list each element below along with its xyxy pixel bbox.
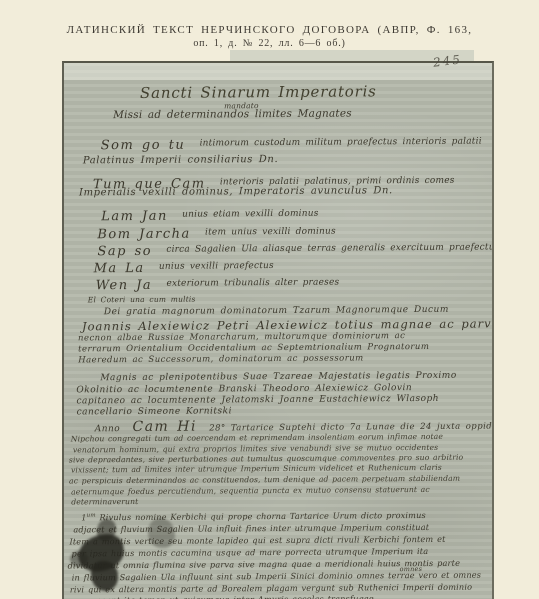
ink-blot bbox=[70, 551, 88, 567]
anno-prefix: Anno bbox=[95, 424, 121, 434]
article-number-ordinal: um bbox=[87, 513, 96, 519]
ink-blot bbox=[148, 518, 175, 548]
article1-line: adjacet et fluvium Sagalien Ula influit … bbox=[73, 522, 429, 534]
treaty-preamble-line: ac perspicuis determinandos ac constitue… bbox=[69, 474, 460, 486]
treaty-preamble-line: determinaverunt bbox=[71, 497, 138, 506]
caption-line-2: оп. 1, д. № 22, лл. 6—6 об.) bbox=[0, 38, 539, 49]
magnate-desc: unius etiam vexilli dominus bbox=[182, 209, 318, 220]
magnate-entry-cont: Imperialis vexilli dominus, Imperatoris … bbox=[79, 185, 393, 198]
tsars-line: Joannis Alexiewicz Petri Alexiewicz toti… bbox=[82, 316, 494, 333]
magnate-desc: exteriorum tribunalis alter praeses bbox=[166, 278, 339, 289]
tsars-line: Dei gratia magnorum dominatorum Tzarum M… bbox=[104, 305, 449, 317]
magnate-entry: Som go tu intimorum custodum militum pra… bbox=[101, 132, 482, 154]
et-coteri-line: El Coteri una cum multis bbox=[88, 295, 196, 305]
printed-caption: ЛАТИНСКИЙ ТЕКСТ НЕРЧИНСКОГО ДОГОВОРА (АВ… bbox=[0, 24, 539, 49]
article1-line: Item a montis vertice seu monte lapideo … bbox=[69, 534, 445, 547]
magnate-desc: unius vexilli praefectus bbox=[159, 261, 274, 272]
article1-line: remaneant ita tamen ut quicumque inter A… bbox=[74, 593, 374, 599]
article1-text: Rivulus nomine Kerbichi qui prope chorna… bbox=[99, 510, 425, 522]
article1-line: per ipsa huius montis cacumina usque ad … bbox=[72, 546, 429, 558]
treaty-preamble-line: vixissent; tum ad limites inter utrumque… bbox=[71, 463, 442, 475]
legates-line: capitaneo ac locumtenente Jelatomski Joa… bbox=[76, 394, 439, 407]
treaty-preamble-line: aeternumque foedus percutiendum, sequent… bbox=[71, 485, 430, 497]
treaty-preamble-line: Nipchou congregati tum ad coercendam et … bbox=[71, 432, 443, 444]
legates-line: Magnis ac plenipotentibus Suae Tzareae M… bbox=[100, 371, 456, 383]
magnate-entry-cont: Palatinus Imperii consiliarius Dn. bbox=[83, 154, 279, 166]
caption-line-1: ЛАТИНСКИЙ ТЕКСТ НЕРЧИНСКОГО ДОГОВОРА (АВ… bbox=[0, 24, 539, 36]
anno-era-name: Cam Hi bbox=[132, 419, 197, 435]
magnate-desc: intimorum custodum militum praefectus in… bbox=[200, 137, 482, 149]
magnate-entry: Wen Ja exteriorum tribunalis alter praes… bbox=[96, 273, 340, 294]
manuscript-photo: Sancti Sinarum Imperatoris mandato Missi… bbox=[62, 61, 494, 599]
magnate-desc: circa Sagalien Ula aliasque terras gener… bbox=[166, 242, 494, 255]
magnate-name: Wen Ja bbox=[96, 278, 153, 293]
article1-line: 1um Rivulus nomine Kerbichi qui prope ch… bbox=[81, 510, 426, 522]
magnate-name: Som go tu bbox=[101, 138, 186, 154]
tsars-line: Haeredum ac Successorum, dominatorum ac … bbox=[78, 353, 364, 365]
book-page: ЛАТИНСКИЙ ТЕКСТ НЕРЧИНСКОГО ДОГОВОРА (АВ… bbox=[0, 0, 539, 599]
manuscript-text: Sancti Sinarum Imperatoris mandato Missi… bbox=[62, 62, 494, 599]
manuscript-heading-line3: Missi ad determinandos limites Magnates bbox=[62, 107, 402, 121]
tsars-line: terrarum Orientalium Occidentalium ac Se… bbox=[78, 342, 429, 354]
ink-blot bbox=[91, 561, 118, 591]
article1-line: rivi qui ex altera montis parte ad Borea… bbox=[70, 582, 472, 595]
article1-line: in fluvium Sagalien Ula influunt sint su… bbox=[72, 570, 481, 583]
magnate-desc: item unius vexilli dominus bbox=[205, 227, 336, 238]
